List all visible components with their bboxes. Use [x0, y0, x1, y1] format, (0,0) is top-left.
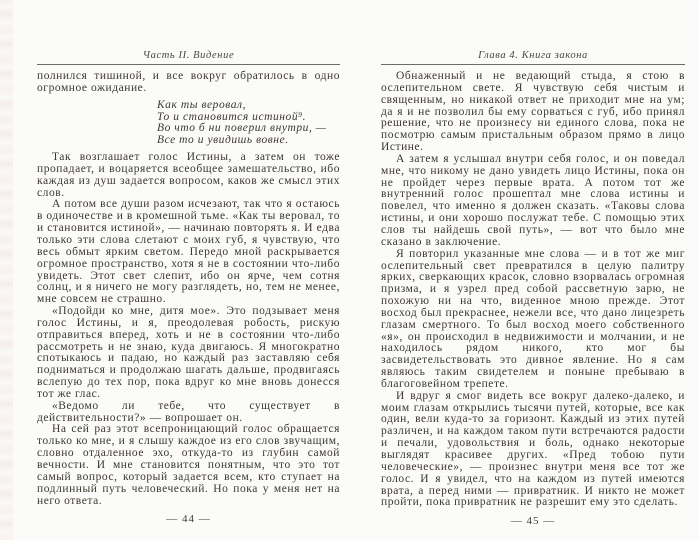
- verse-line: Как ты веровал,: [157, 100, 340, 112]
- book-edge-strip: [0, 0, 13, 540]
- paragraph: Обнаженный и не ведающий стыда, я стою в…: [381, 71, 685, 154]
- paragraph: Так возглашает голос Истины, а затем он …: [37, 152, 340, 199]
- paragraph: «Ведомо ли тебе, что существует в действ…: [37, 401, 340, 425]
- running-header-left: Часть II. Видение: [37, 50, 340, 65]
- paragraph: А потом все души разом исчезают, так что…: [37, 199, 340, 306]
- verse-block: Как ты веровал,То и становится истиной⁹.…: [157, 100, 340, 147]
- page-number-left: — 44 —: [37, 513, 340, 525]
- page-number-right: — 45 —: [381, 515, 685, 527]
- book-scan: Часть II. Видение полнился тишиной, и вс…: [0, 0, 699, 540]
- page-body-left: полнился тишиной, и все вокруг обратилос…: [37, 71, 340, 507]
- running-header-right: Глава 4. Книга закона: [381, 50, 685, 65]
- paragraph: «Подойди ко мне, дитя мое». Это подзывае…: [37, 306, 340, 401]
- verse-line: Все то и увидишь вовне.: [157, 135, 340, 147]
- paragraph: Я повторил указанные мне слова — и в тот…: [381, 249, 685, 391]
- left-page: Часть II. Видение полнился тишиной, и вс…: [37, 50, 340, 525]
- paragraph: На сей раз этот всепроницающий голос обр…: [37, 424, 340, 507]
- paragraph: А затем я услышал внутри себя голос, и о…: [381, 154, 685, 249]
- page-body-right: Обнаженный и не ведающий стыда, я стою в…: [381, 71, 685, 509]
- paragraph: И вдруг я смог видеть все вокруг далеко-…: [381, 391, 685, 509]
- paragraph: полнился тишиной, и все вокруг обратилос…: [37, 71, 340, 95]
- right-page: Глава 4. Книга закона Обнаженный и не ве…: [381, 50, 685, 527]
